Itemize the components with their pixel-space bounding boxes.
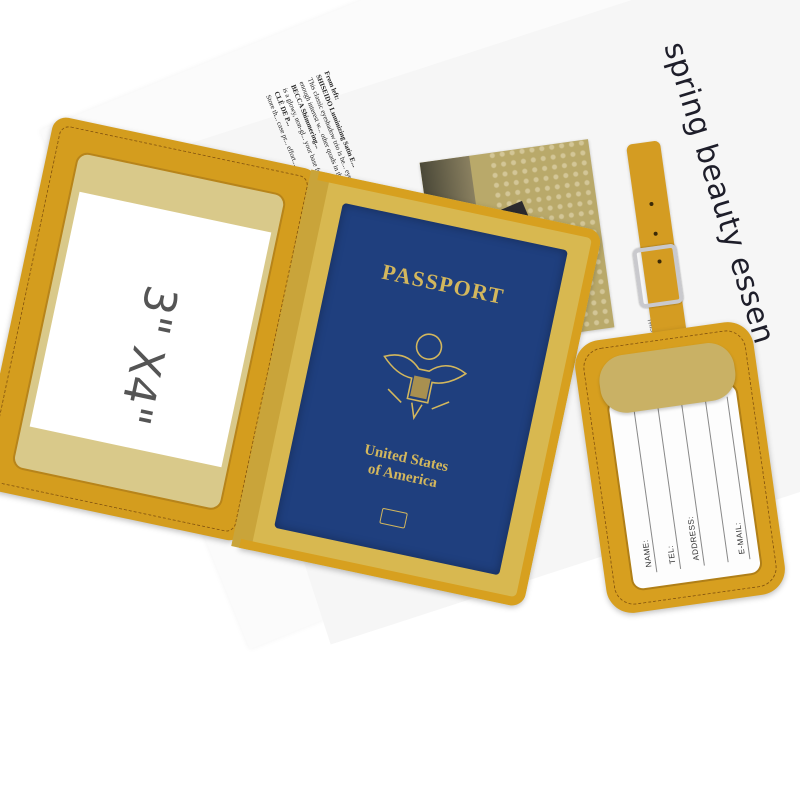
field-line: [705, 400, 729, 563]
luggage-tag: NAME: TEL: ADDRESS: E-MAIL:: [572, 319, 789, 616]
photo-card: 3" X4": [30, 192, 272, 468]
address-card-window: NAME: TEL: ADDRESS: E-MAIL:: [606, 381, 764, 591]
field-label-tel: TEL:: [666, 545, 678, 565]
photo-size-label: 3" X4": [101, 252, 192, 458]
strap-hole: [653, 231, 658, 236]
buckle-icon: [632, 243, 684, 309]
strap-hole: [649, 202, 654, 207]
